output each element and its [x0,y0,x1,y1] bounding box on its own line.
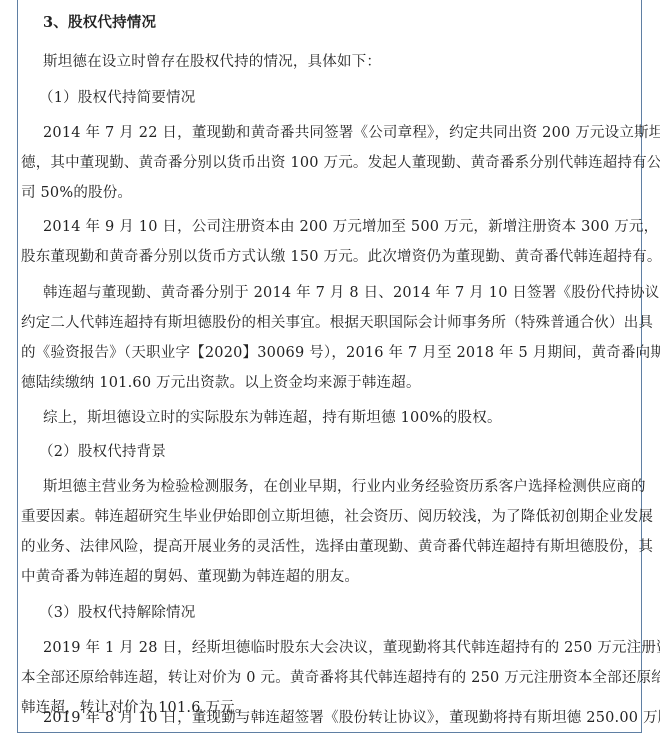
subsection-title-1: （1）股权代持简要情况 [39,83,660,113]
paragraph-line: 2014 年 7 月 22 日，董现勤和黄奇番共同签署《公司章程》，约定共同出资… [43,118,660,148]
paragraph-line: 德陆续缴纳 101.60 万元出资款。以上资金均来源于韩连超。 [21,368,660,398]
paragraph-line: 的业务、法律风险，提高开展业务的灵活性，选择由董现勤、黄奇番代韩连超持有斯坦德股… [21,532,660,562]
section-heading: 3、股权代持情况 [43,8,660,38]
paragraph-line: 综上，斯坦德设立时的实际股东为韩连超，持有斯坦德 100%的股权。 [43,403,660,433]
paragraph-line: 中黄奇番为韩连超的舅妈、董现勤为韩连超的朋友。 [21,562,660,592]
paragraph-line: 2019 年 8 月 10 日，董现勤与韩连超签署《股份转让协议》，董现勤将持有… [43,703,660,733]
paragraph-line: 斯坦德主营业务为检验检测服务，在创业早期，行业内业务经验资历系客户选择检测供应商… [43,472,660,502]
paragraph-line: 韩连超与董现勤、黄奇番分别于 2014 年 7 月 8 日、2014 年 7 月… [43,278,660,308]
subsection-title-3: （3）股权代持解除情况 [39,598,660,628]
paragraph-line: 2014 年 9 月 10 日，公司注册资本由 200 万元增加至 500 万元… [43,212,660,242]
paragraph-line: 司 50%的股份。 [21,178,660,208]
paragraph-line: 股东董现勤和黄奇番分别以货币方式认缴 150 万元。此次增资仍为董现勤、黄奇番代… [21,242,660,272]
paragraph-line: 本全部还原给韩连超，转让对价为 0 元。黄奇番将其代韩连超持有的 250 万元注… [21,663,660,693]
paragraph-line: 德，其中董现勤、黄奇番分别以货币出资 100 万元。发起人董现勤、黄奇番系分别代… [21,148,660,178]
intro-text: 斯坦德在设立时曾存在股权代持的情况，具体如下： [43,47,660,77]
paragraph-line: 重要因素。韩连超研究生毕业伊始即创立斯坦德，社会资历、阅历较浅，为了降低初创期企… [21,502,660,532]
paragraph-line: 2019 年 1 月 28 日，经斯坦德临时股东大会决议，董现勤将其代韩连超持有… [43,633,660,663]
subsection-title-2: （2）股权代持背景 [39,437,660,467]
paragraph-line: 约定二人代韩连超持有斯坦德股份的相关事宜。根据天职国际会计师事务所（特殊普通合伙… [21,308,660,338]
paragraph-line: 的《验资报告》（天职业字【2020】30069 号），2016 年 7 月至 2… [21,338,660,368]
